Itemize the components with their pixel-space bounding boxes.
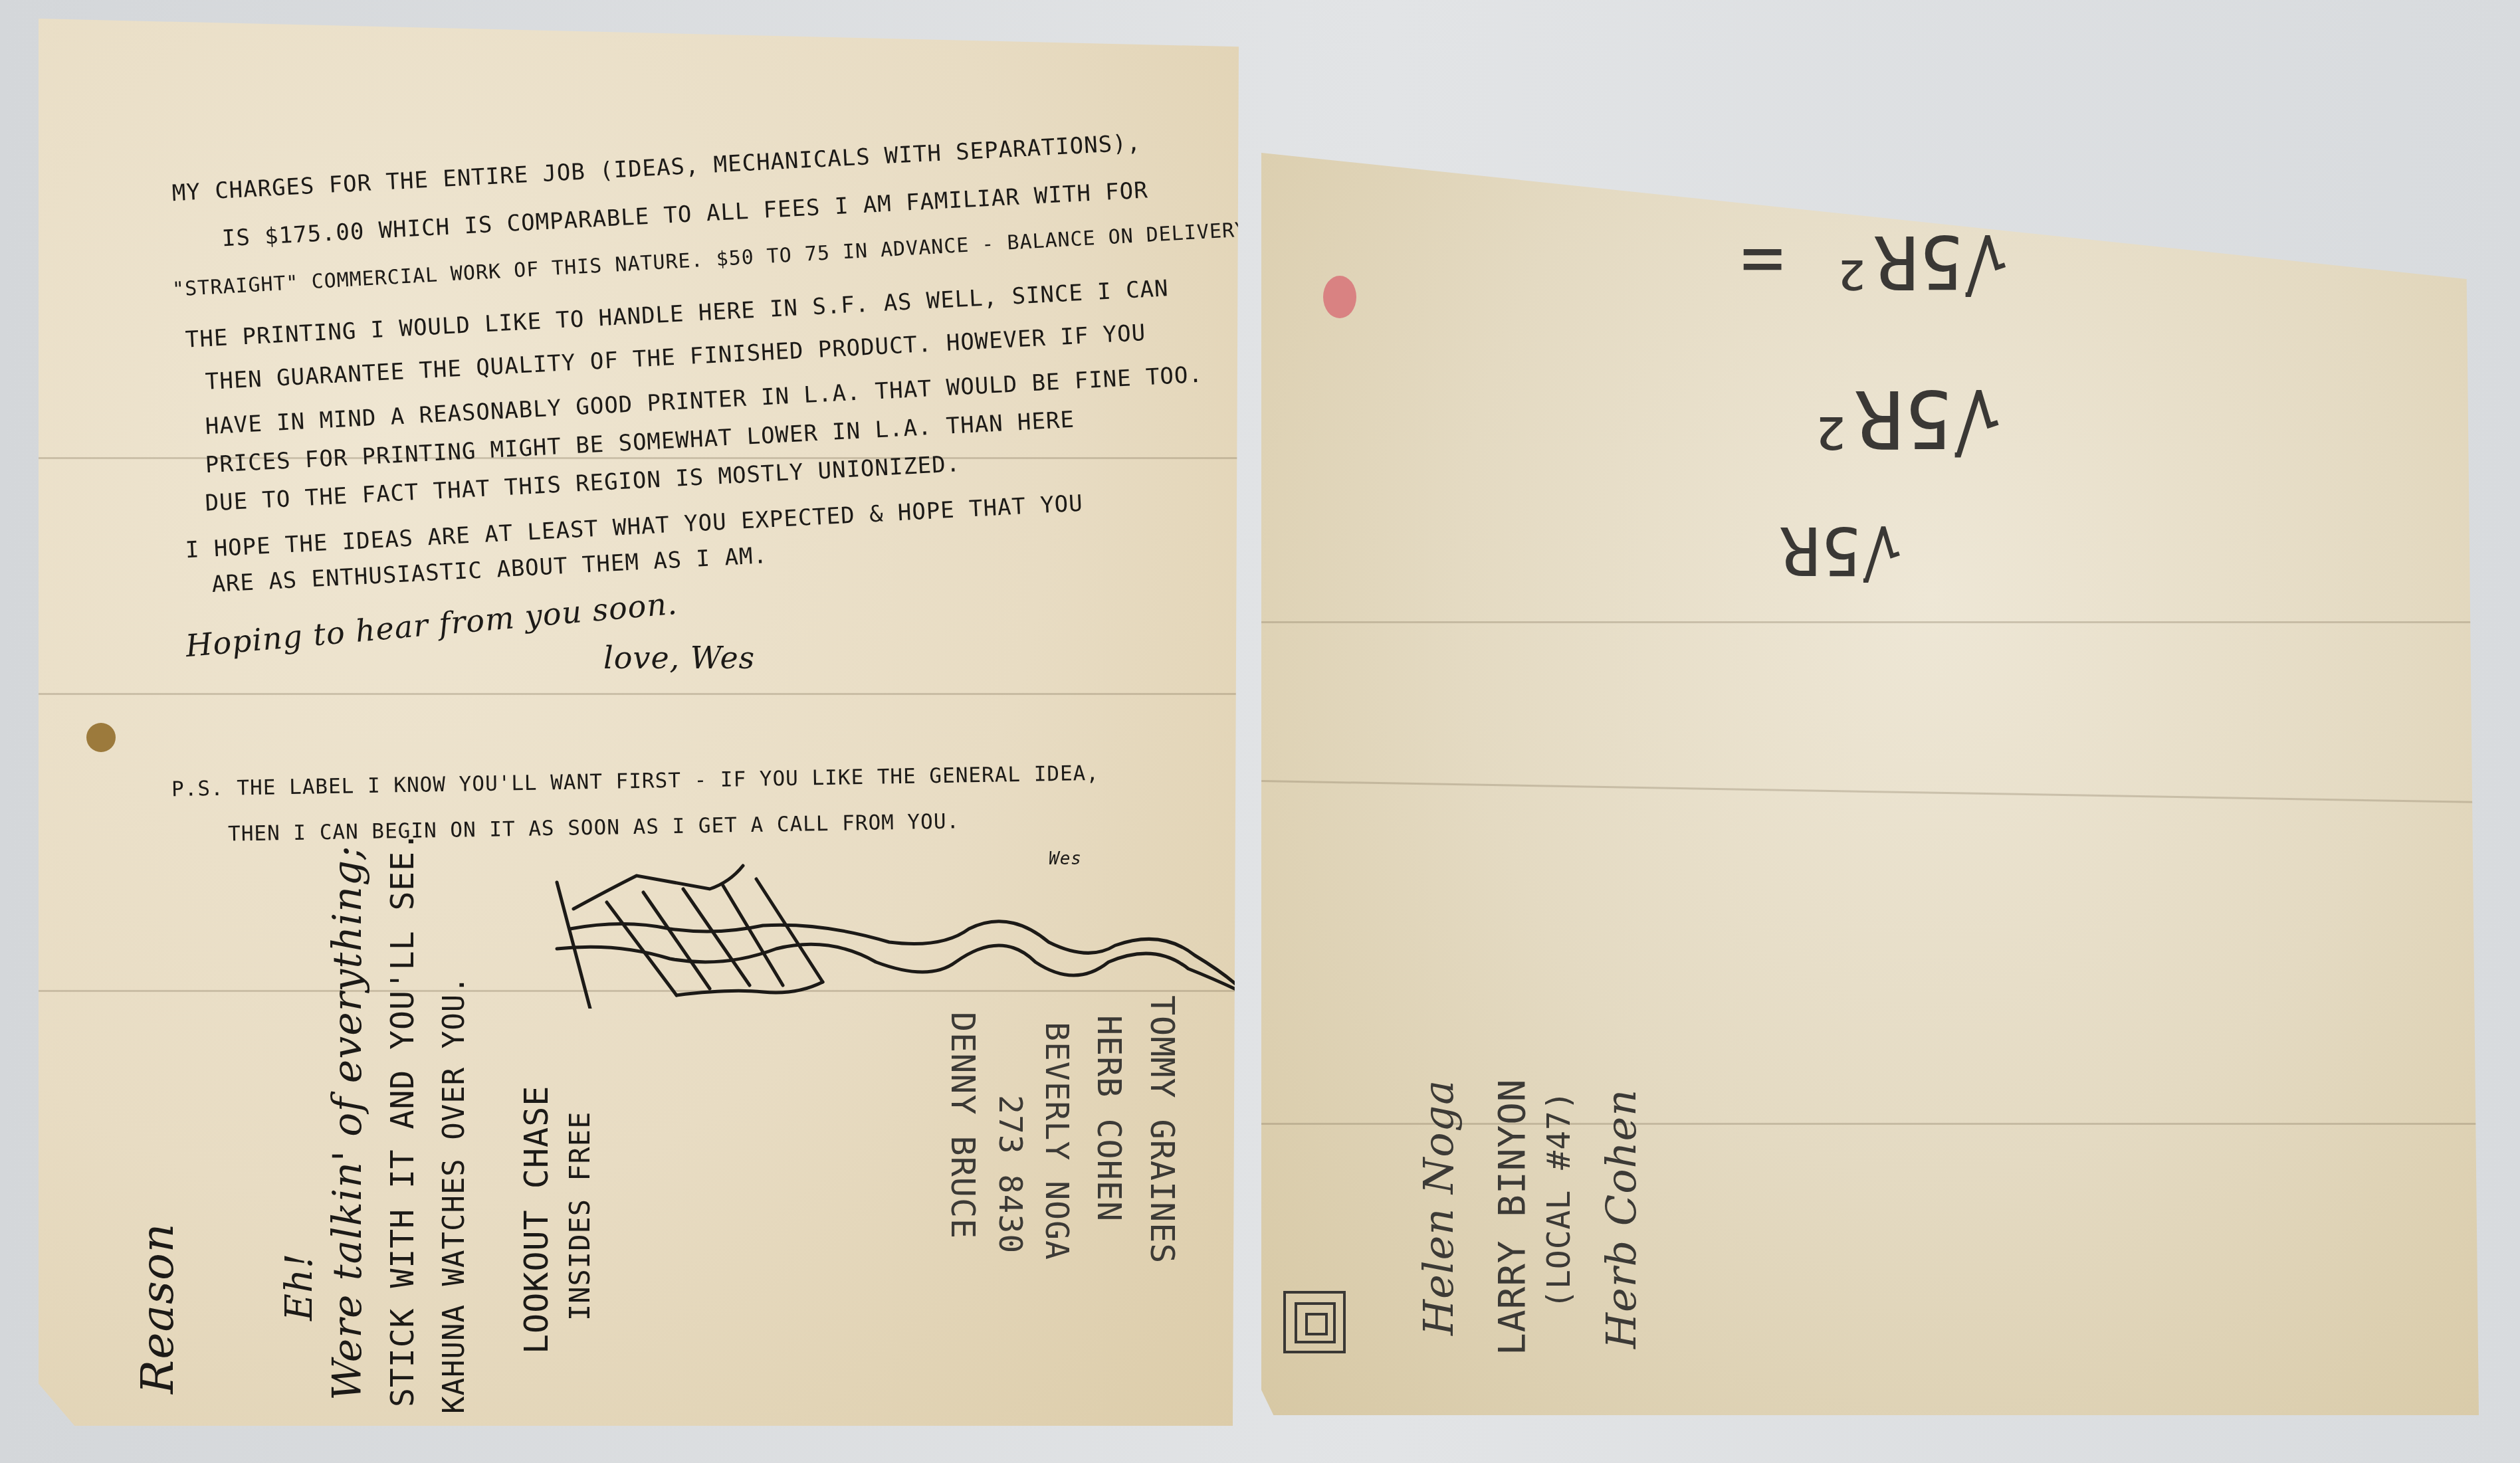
postscript-line: then I can begin on it as soon as I get … (228, 809, 960, 846)
signature: love, Wes (603, 640, 755, 676)
names-list-item: Beverly Noga (1038, 1022, 1075, 1260)
names-list-item: Tommy Graines (1143, 995, 1182, 1264)
math-note: √5R (1780, 512, 1902, 589)
names-list-item: Herb Cohen (1597, 1089, 1645, 1349)
nested-squares-icon (1281, 1289, 1348, 1355)
rotated-note: insides free (564, 1112, 596, 1321)
math-note: √5R² (1806, 372, 2001, 464)
fold-crease (1261, 780, 2479, 803)
names-list-item: Denny Bruce (944, 1012, 982, 1239)
rotated-note: Eh! (278, 1253, 321, 1321)
names-list-item: (Local #47) (1540, 1090, 1578, 1309)
names-list-item: Helen Noga (1414, 1080, 1463, 1335)
rotated-note: Stick with it and you'll see. (384, 831, 421, 1407)
names-list-item: Larry Binyon (1491, 1078, 1534, 1355)
fold-crease (39, 693, 1239, 695)
stain-spot (86, 723, 116, 752)
letter-page-left: My charges for the entire job (ideas, me… (39, 19, 1239, 1426)
rotated-note: Were talkin' of everything; (324, 846, 371, 1401)
fold-crease (1261, 621, 2479, 623)
rotated-note: Kahuna watches over you. (437, 975, 471, 1414)
names-list-item: 273 8430 (992, 1095, 1029, 1254)
math-note: √5R² = (1740, 219, 2008, 304)
names-list-item: Herb Cohen (1090, 1015, 1128, 1222)
rotated-note: Reason (132, 1222, 184, 1394)
pink-stain (1323, 276, 1356, 318)
letter-page-right: √5R² = √5R² √5R Helen Noga Larry Binyon … (1261, 153, 2479, 1415)
rotated-note: Lookout Chase (517, 1086, 556, 1354)
flag-sketch-icon (544, 862, 1275, 1009)
postscript-line: P.S. The label I know you'll want first … (171, 761, 1100, 801)
